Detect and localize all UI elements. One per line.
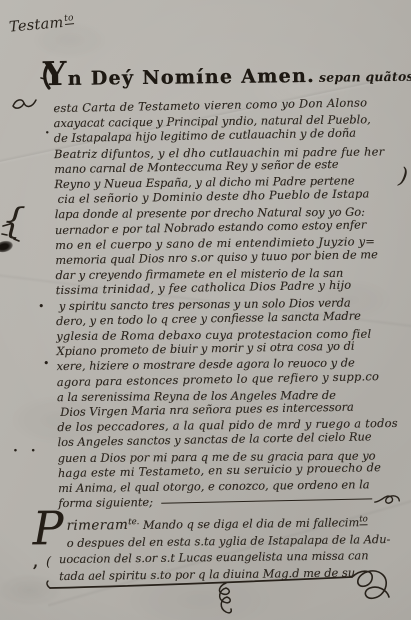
manuscript-photo: Testamto · { • • · · ) , ( Yn Deý Nomíne… xyxy=(0,0,411,620)
clause-text: Mando q se diga el dia de mi fallecim xyxy=(143,516,359,533)
archival-label-word: Testam xyxy=(8,15,64,36)
rule-line xyxy=(161,499,372,504)
archival-label: Testamto xyxy=(8,13,74,35)
margin-squiggle-icon xyxy=(11,95,39,111)
margin-brace: { xyxy=(1,200,27,242)
rule-end-loop-icon xyxy=(374,493,400,507)
margin-dashes-icon xyxy=(1,222,23,242)
clause-superscript: to xyxy=(359,515,368,526)
testament-body: esta Carta de Testameto vieren como yo D… xyxy=(53,97,400,496)
margin-dot: · xyxy=(45,126,50,141)
margin-comma: , xyxy=(33,553,38,571)
ink-blot xyxy=(0,239,14,254)
clause-word: rimeram xyxy=(66,518,128,535)
margin-paren: ) xyxy=(398,164,410,190)
margin-open-paren: ( xyxy=(46,555,51,570)
heading-tail: sepan quãtos, xyxy=(319,69,411,85)
first-bequest-clause: P rimeramte. Mando q se diga el dia de m… xyxy=(58,511,401,584)
clause-initial: P xyxy=(32,511,66,545)
invocation-heading: Yn Deý Nomíne Amen.sepan quãtos, xyxy=(43,52,395,99)
clause-word-superscript: te. xyxy=(128,518,139,528)
closing-line: forma siguiente; xyxy=(58,492,400,511)
heading-main: n Deý Nomíne Amen. xyxy=(67,65,315,90)
margin-double-dot: · · xyxy=(13,443,40,459)
testament-text: Yn Deý Nomíne Amen.sepan quãtos, esta Ca… xyxy=(53,52,401,584)
manuscript-line: forma siguiente; xyxy=(58,495,153,511)
margin-dot: • xyxy=(43,357,50,370)
manuscript-line: tada ael spiritu s.to por q la diuina Ma… xyxy=(59,564,401,585)
heading-initial: Y xyxy=(43,54,68,93)
archival-label-superscript: to xyxy=(64,13,75,25)
margin-dot: • xyxy=(38,300,45,313)
